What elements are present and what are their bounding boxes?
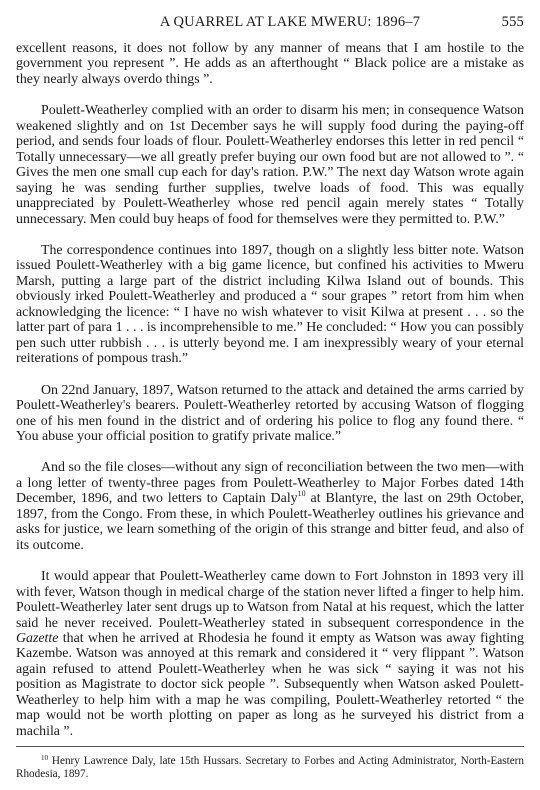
body-text: excellent reasons, it does not follow by…	[16, 41, 524, 755]
paragraph-continued: excellent reasons, it does not follow by…	[16, 41, 524, 87]
paragraph-january-1897: On 22nd January, 1897, Watson returned t…	[16, 383, 524, 445]
footnote-reference[interactable]: 10	[298, 489, 306, 498]
page-number: 555	[502, 14, 524, 31]
running-title: A QUARREL AT LAKE MWERU: 1896–7	[16, 14, 524, 31]
paragraph-correspondence-1897: The correspondence continues into 1897, …	[16, 243, 524, 367]
gazette-title: Gazette	[16, 631, 58, 646]
running-head: A QUARREL AT LAKE MWERU: 1896–7 555	[16, 14, 524, 32]
paragraph-disarm: Poulett-Weatherley complied with an orde…	[16, 103, 524, 227]
paragraph-file-closes: And so the file closes—without any sign …	[16, 460, 524, 553]
footnote: 10 Henry Lawrence Daly, late 15th Hussar…	[16, 755, 524, 780]
paragraph-origin-of-feud: It would appear that Poulett-Weatherley …	[16, 569, 524, 739]
footnote-divider	[16, 746, 524, 747]
footnote-text: Henry Lawrence Daly, late 15th Hussars. …	[16, 755, 524, 780]
footnote-number: 10	[41, 754, 48, 762]
paragraph-text: It would appear that Poulett-Weatherley …	[16, 569, 524, 630]
paragraph-text: that when he arrived at Rhodesia he foun…	[16, 631, 524, 739]
